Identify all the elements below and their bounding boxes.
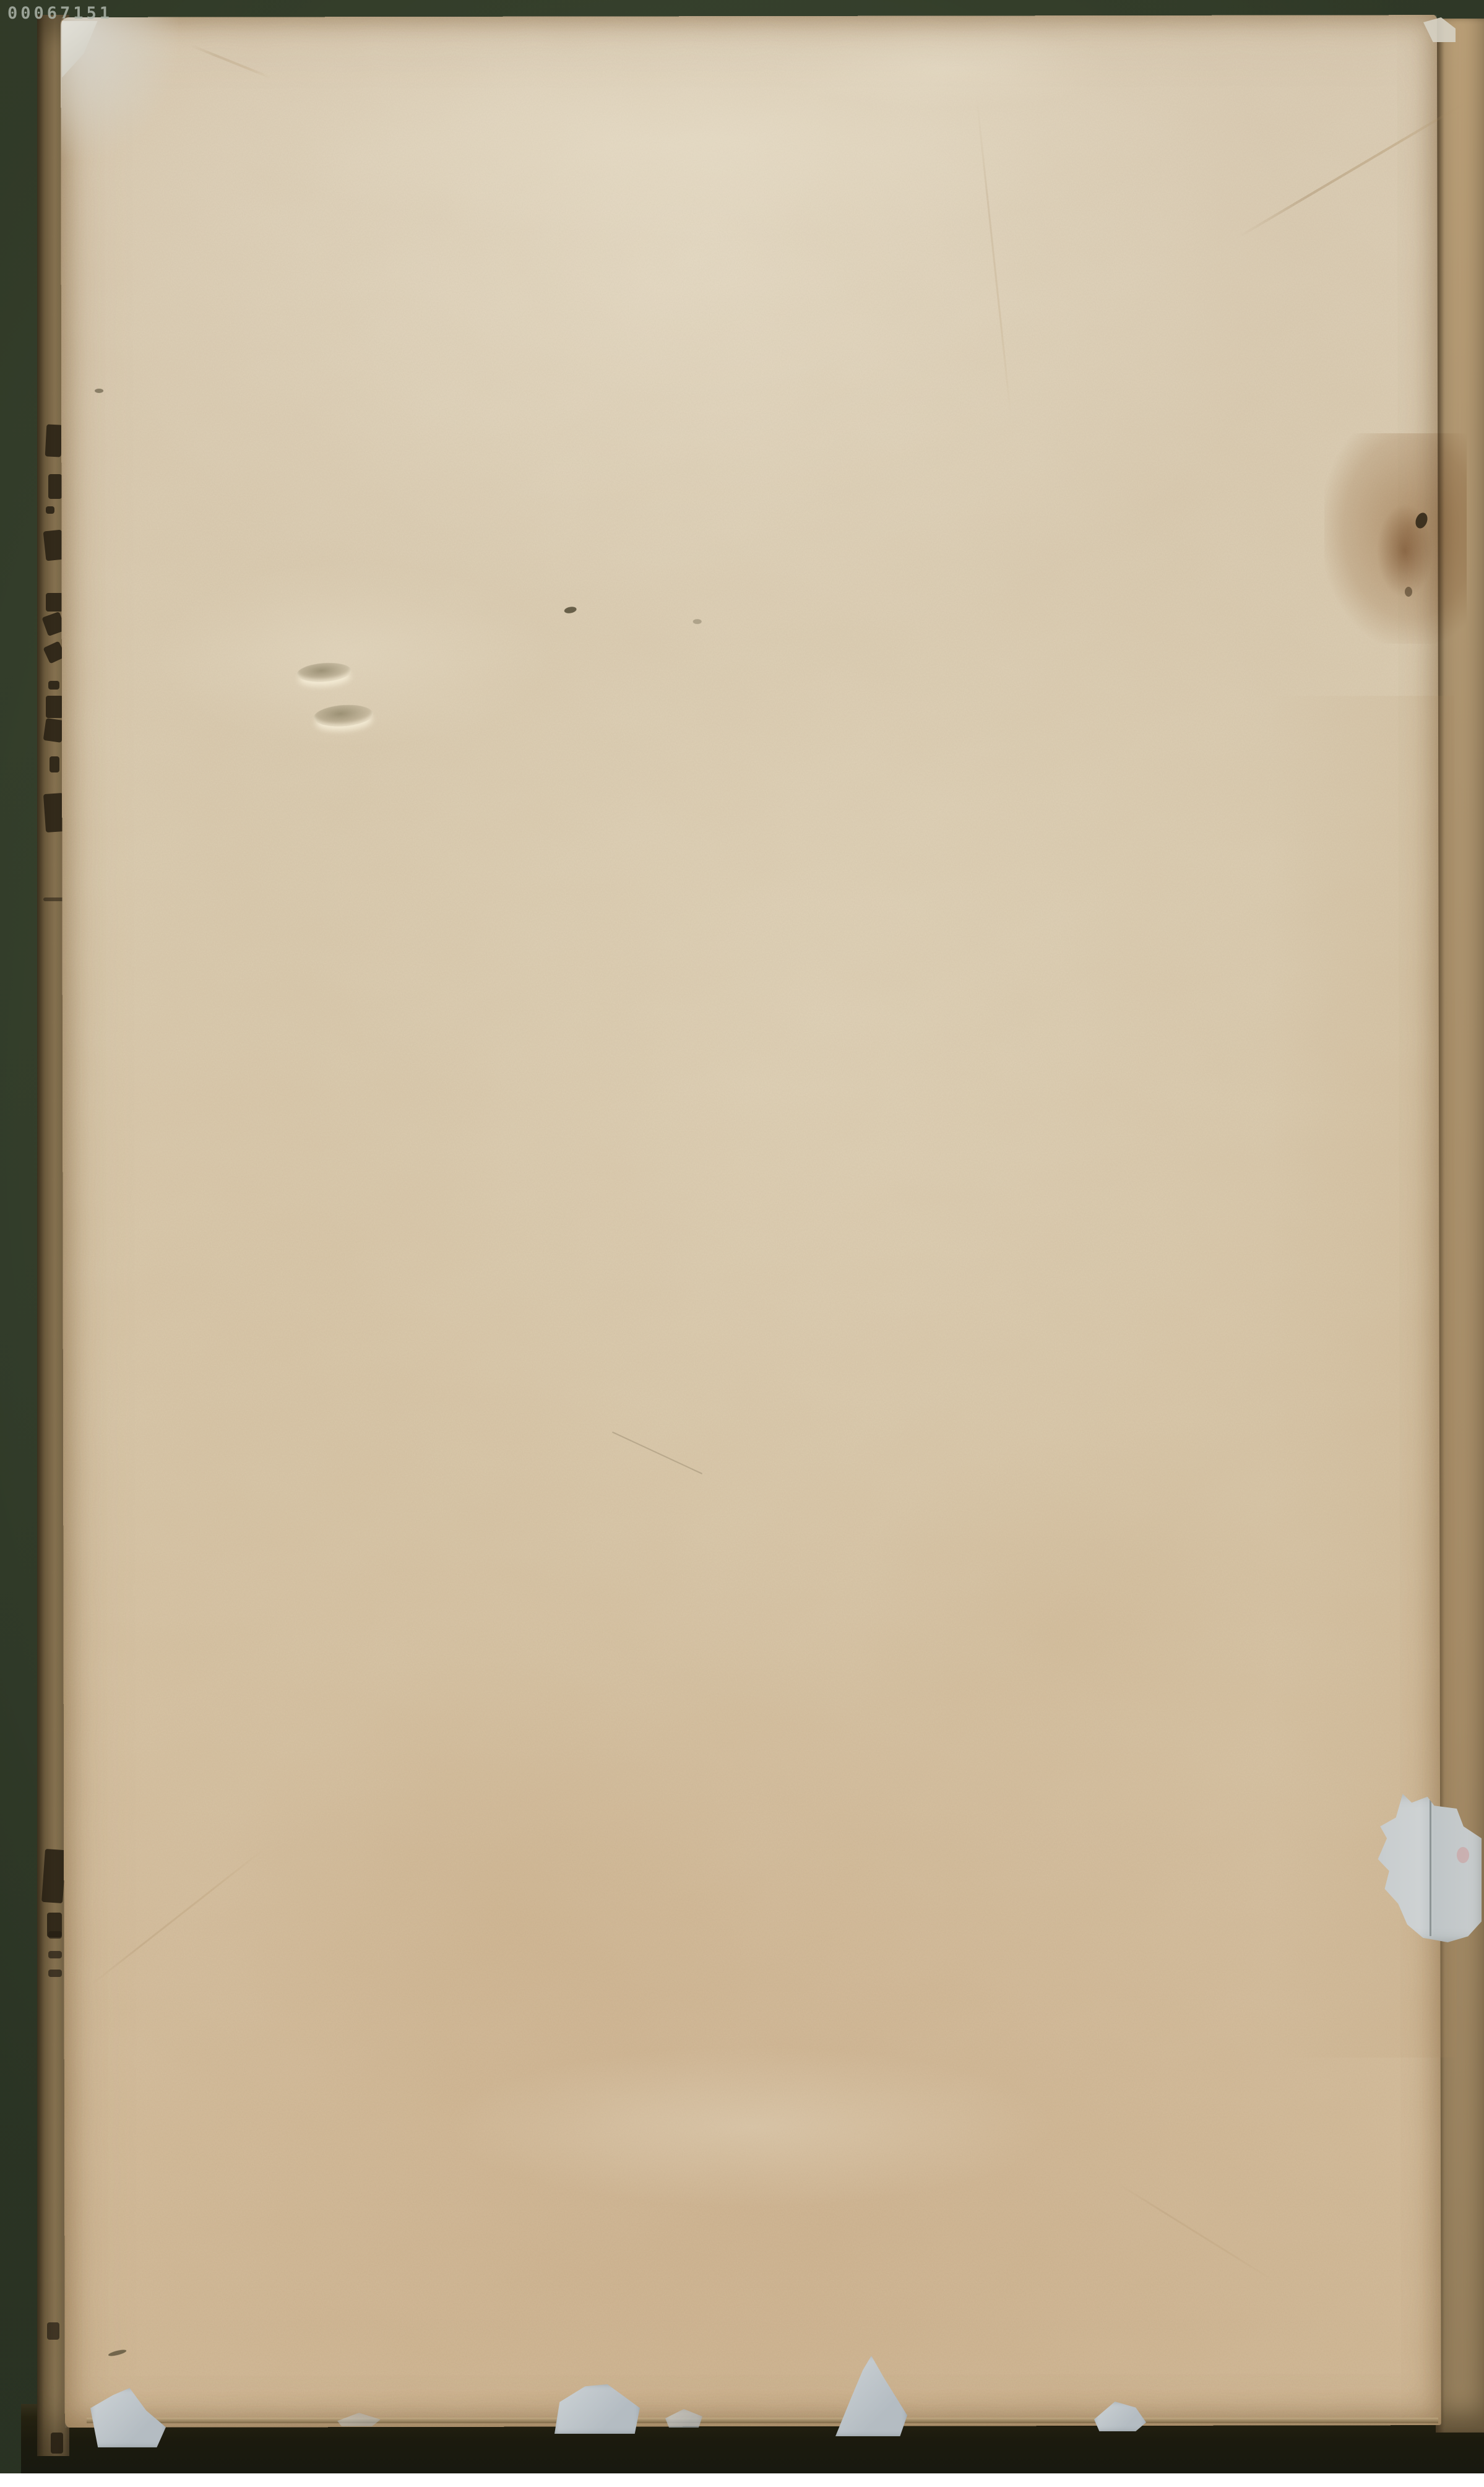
stitch-mark [43,897,64,901]
ink-fragment [48,474,62,499]
ink-fragment [48,1970,62,1977]
ink-fragment [48,681,59,690]
ink-fragment [50,756,59,772]
ink-fragment [51,2433,63,2454]
paper-blotch [837,1438,1308,1786]
scan-photo-background: 00067151 [0,0,1484,2473]
hairline-fiber [612,1432,702,1474]
crease-mark [1240,103,1465,237]
fleck [108,2348,127,2357]
ink-fragment [47,2322,59,2340]
page-bottom-edge [87,2418,1438,2423]
fleck [95,389,103,393]
fleck [693,619,702,624]
ink-fragment [46,506,54,514]
scan-id-watermark: 00067151 [7,4,113,23]
ink-fragment [46,593,63,612]
scan-bottom-border [0,2473,1484,2487]
stain-fleck [1405,587,1412,597]
blank-page [61,15,1441,2428]
patch-crease-line [1430,1800,1431,1937]
crease-mark [1116,2182,1274,2282]
ink-fragment [48,1931,62,1939]
paper-blotch [218,1656,776,2153]
ink-fragment [46,696,63,718]
patch-spot [1457,1847,1469,1863]
ink-fragment [48,1951,62,1958]
paper-blotch [246,40,1175,240]
fleck [564,606,577,614]
ink-fragment [45,424,63,457]
ink-fragment [41,1849,66,1903]
